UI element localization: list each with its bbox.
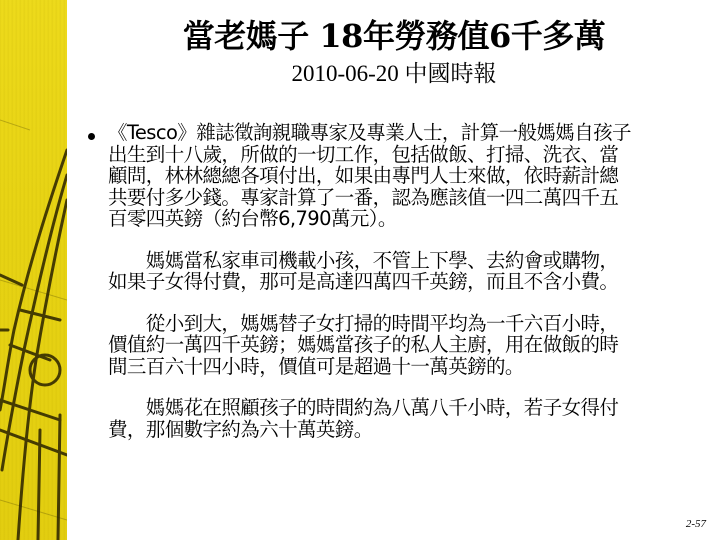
slide-subtitle-date-source: 2010-06-20 中國時報 — [68, 60, 720, 88]
decorative-yellow-band — [0, 0, 67, 540]
slide-body: 《Tesco》雜誌徵詢親職專家及專業人士，計算一般媽媽自孩子 出生到十八歲，所做… — [88, 122, 704, 440]
bullet-icon — [88, 133, 95, 140]
decorative-blueprint-lines-icon — [0, 0, 67, 540]
paragraph-intro: 《Tesco》雜誌徵詢親職專家及專業人士，計算一般媽媽自孩子 出生到十八歲，所做… — [108, 122, 704, 230]
page-number: 2-57 — [686, 518, 706, 530]
paragraph-driver: 媽媽當私家車司機載小孩，不管上下學、去約會或購物， 如果子女得付費，那可是高達四… — [108, 250, 704, 293]
paragraph-cleaning-cooking: 從小到大，媽媽替子女打掃的時間平均為一千六百小時， 價值約一萬四千英鎊；媽媽當孩… — [108, 313, 704, 378]
paragraph-childcare: 媽媽花在照顧孩子的時間約為八萬八千小時，若子女得付 費，那個數字約為六十萬英鎊。 — [108, 397, 704, 440]
slide-title: 當老媽子 18年勞務值6千多萬 — [68, 16, 720, 56]
bullet-item: 《Tesco》雜誌徵詢親職專家及專業人士，計算一般媽媽自孩子 出生到十八歲，所做… — [88, 122, 704, 440]
